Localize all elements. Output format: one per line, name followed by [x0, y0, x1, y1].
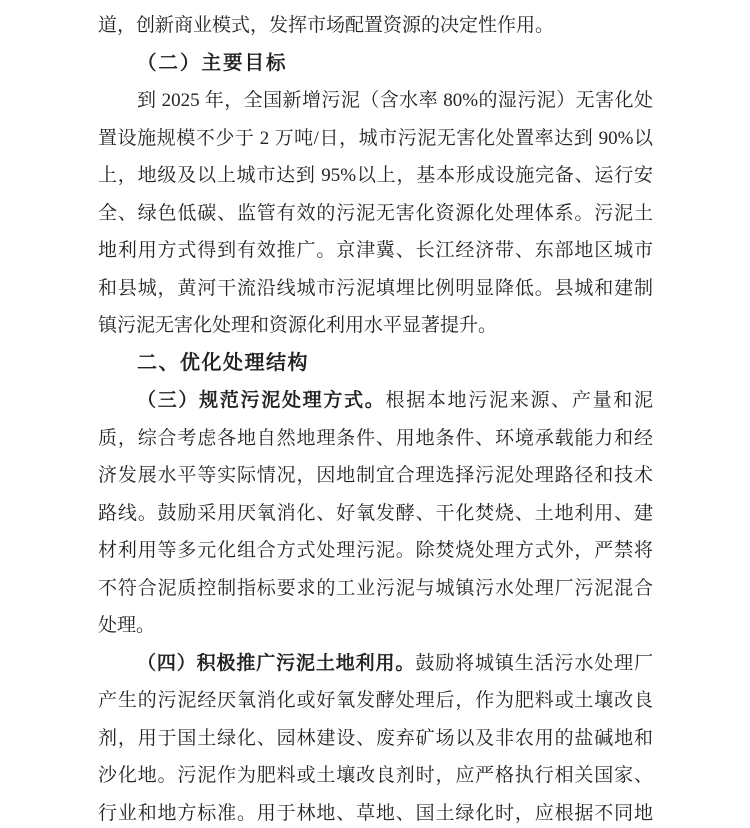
paragraph-line: （三）规范污泥处理方式。根据本地污泥来源、产量和泥: [98, 382, 653, 420]
paragraph-line: 置设施规模不少于 2 万吨/日，城市污泥无害化处置率达到 90%以: [98, 120, 653, 158]
paragraph-line: 处理。: [98, 607, 653, 645]
paragraph-line: 路线。鼓励采用厌氧消化、好氧发酵、干化焚烧、土地利用、建: [98, 495, 653, 533]
chapter-heading-optimize-structure: 二、优化处理结构: [98, 345, 653, 383]
paragraph-line-text: 根据本地污泥来源、产量和泥: [386, 390, 654, 411]
paragraph-lead-bold: （三）规范污泥处理方式。: [137, 390, 386, 411]
paragraph-line: 全、绿色低碳、监管有效的污泥无害化资源化处理体系。污泥土: [98, 195, 653, 233]
paragraph-line: 上，地级及以上城市达到 95%以上，基本形成设施完备、运行安: [98, 157, 653, 195]
paragraph-line: 质，综合考虑各地自然地理条件、用地条件、环境承载能力和经: [98, 420, 653, 458]
paragraph-line: 济发展水平等实际情况，因地制宜合理选择污泥处理路径和技术: [98, 457, 653, 495]
paragraph-line: （四）积极推广污泥土地利用。鼓励将城镇生活污水处理厂: [98, 645, 653, 683]
paragraph-line: 产生的污泥经厌氧消化或好氧发酵处理后，作为肥料或土壤改良: [98, 682, 653, 720]
paragraph-line: 镇污泥无害化处理和资源化利用水平显著提升。: [98, 307, 653, 345]
paragraph-line: 沙化地。污泥作为肥料或土壤改良剂时，应严格执行相关国家、: [98, 757, 653, 795]
section-heading-main-goals: （二）主要目标: [98, 45, 653, 83]
paragraph-line: 地利用方式得到有效推广。京津冀、长江经济带、东部地区城市: [98, 232, 653, 270]
paragraph-line: 材利用等多元化组合方式处理污泥。除焚烧处理方式外，严禁将: [98, 532, 653, 570]
paragraph-line: 和县城，黄河干流沿线城市污泥填埋比例明显降低。县城和建制: [98, 270, 653, 308]
paragraph-line: 到 2025 年，全国新增污泥（含水率 80%的湿污泥）无害化处: [98, 82, 653, 120]
document-page: 道，创新商业模式，发挥市场配置资源的决定性作用。 （二）主要目标 到 2025 …: [0, 0, 750, 828]
paragraph-line-text: 鼓励将城镇生活污水处理厂: [415, 653, 653, 674]
paragraph-line: 行业和地方标准。用于林地、草地、国土绿化时，应根据不同地: [98, 795, 653, 828]
paragraph-line: 道，创新商业模式，发挥市场配置资源的决定性作用。: [98, 7, 653, 45]
paragraph-lead-bold: （四）积极推广污泥土地利用。: [137, 653, 415, 674]
paragraph-line: 剂，用于国土绿化、园林建设、废弃矿场以及非农用的盐碱地和: [98, 720, 653, 758]
paragraph-line: 不符合泥质控制指标要求的工业污泥与城镇污水处理厂污泥混合: [98, 570, 653, 608]
